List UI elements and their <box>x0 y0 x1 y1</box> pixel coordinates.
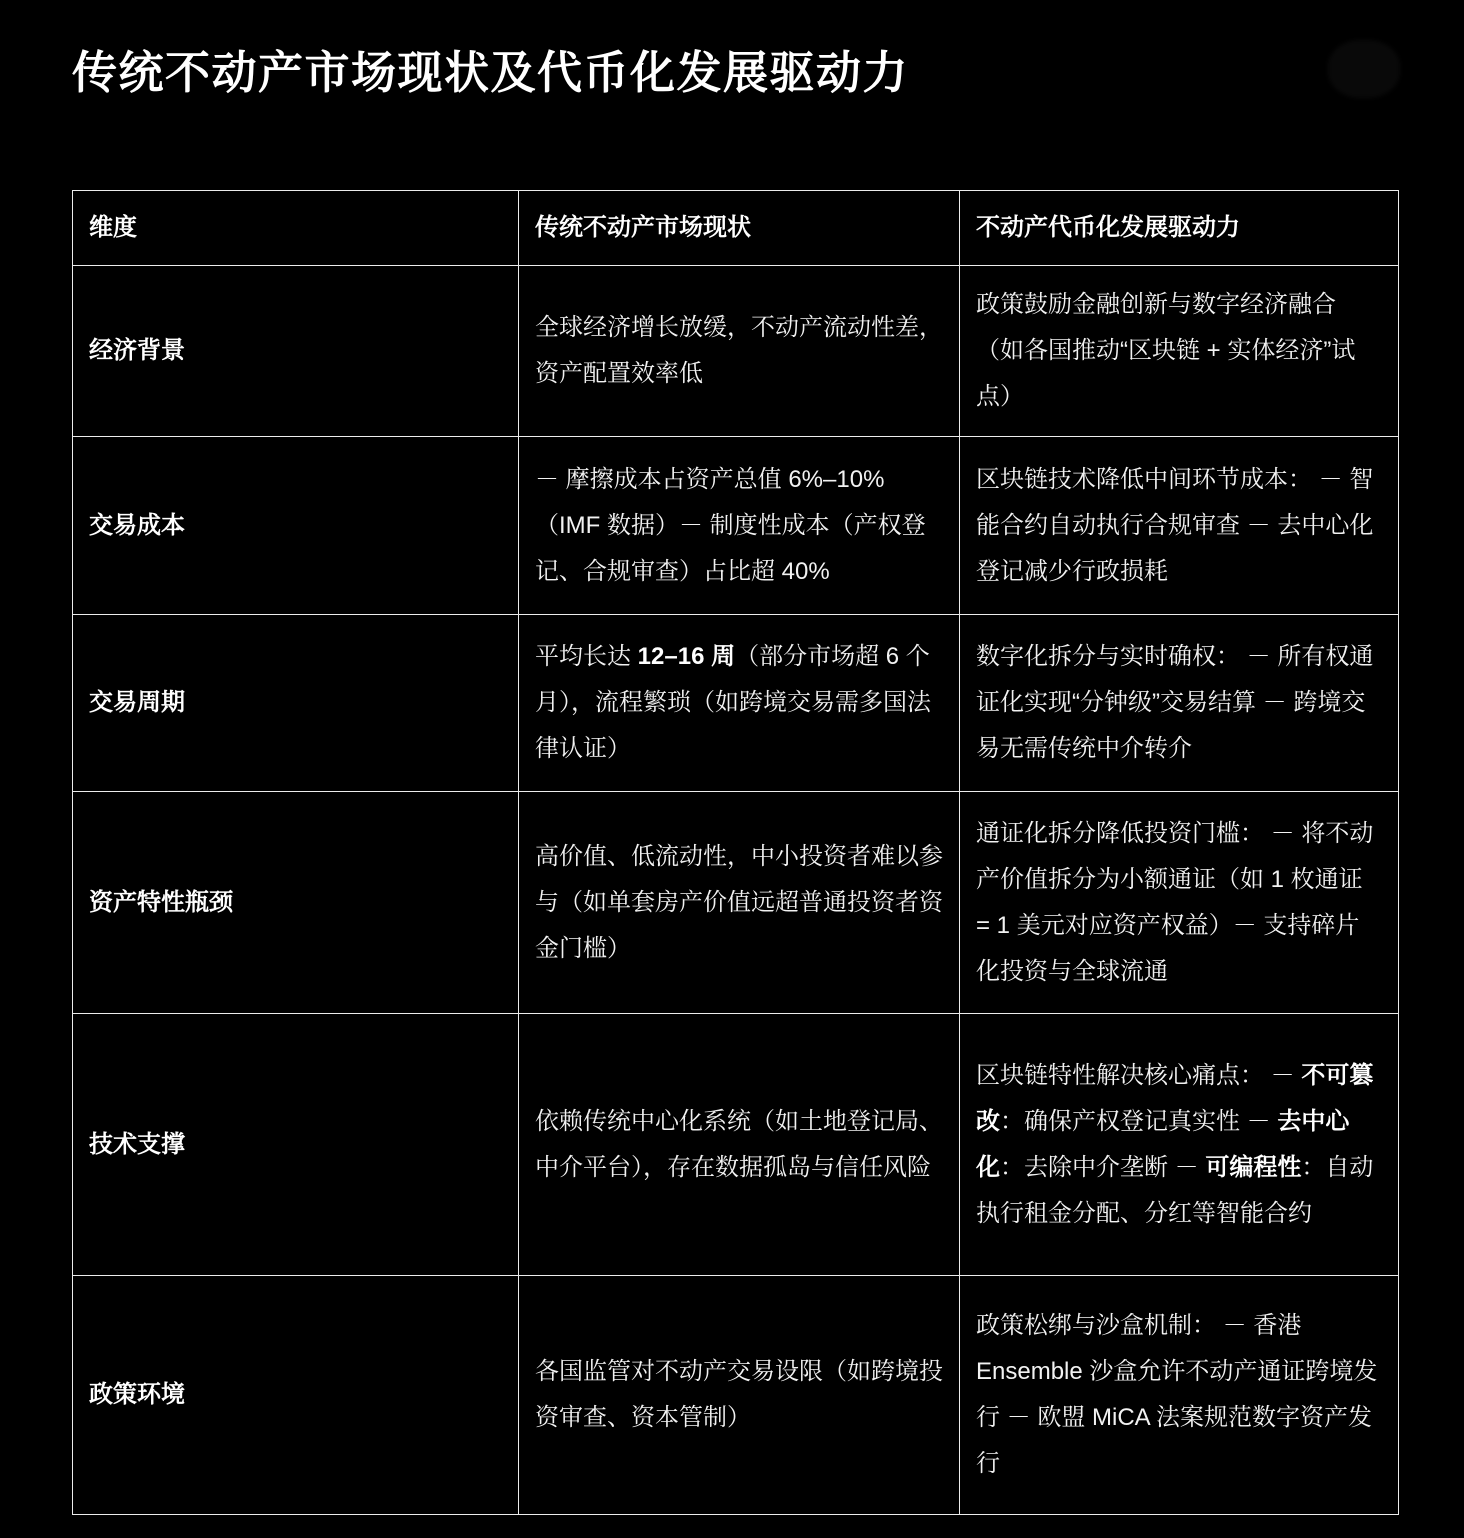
text-segment: 政策鼓励金融创新与数字经济融合（如各国推动“区块链 + 实体经济”试点） <box>976 291 1355 410</box>
page-title: 传统不动产市场现状及代币化发展驱动力 <box>72 46 909 100</box>
text-segment: ：确保产权登记真实性 － <box>1000 1108 1277 1135</box>
watermark-smudge <box>1328 40 1400 98</box>
tokenization-driver-cell: 通证化拆分降低投资门槛： － 将不动产价值拆分为小额通证（如 1 枚通证 = 1… <box>960 792 1399 1014</box>
header-row: 维度 传统不动产市场现状 不动产代币化发展驱动力 <box>73 191 1399 266</box>
tokenization-driver-cell: 区块链技术降低中间环节成本： － 智能合约自动执行合规审查 － 去中心化登记减少… <box>960 437 1399 615</box>
dimension-cell: 交易周期 <box>73 615 519 792</box>
bold-text-segment: 12–16 周 <box>638 643 735 670</box>
tokenization-driver-cell: 政策鼓励金融创新与数字经济融合（如各国推动“区块链 + 实体经济”试点） <box>960 266 1399 437</box>
header-cell-dimension: 维度 <box>73 191 519 266</box>
table-row: 政策环境各国监管对不动产交易设限（如跨境投资审查、资本管制）政策松绑与沙盒机制：… <box>73 1276 1399 1515</box>
traditional-status-cell: 各国监管对不动产交易设限（如跨境投资审查、资本管制） <box>519 1276 960 1515</box>
table-body: 经济背景全球经济增长放缓，不动产流动性差，资产配置效率低政策鼓励金融创新与数字经… <box>73 266 1399 1515</box>
dimension-cell: 资产特性瓶颈 <box>73 792 519 1014</box>
tokenization-driver-cell: 数字化拆分与实时确权： － 所有权通证化实现“分钟级”交易结算 － 跨境交易无需… <box>960 615 1399 792</box>
comparison-table: 维度 传统不动产市场现状 不动产代币化发展驱动力 经济背景全球经济增长放缓，不动… <box>72 190 1399 1515</box>
text-segment: 全球经济增长放缓，不动产流动性差，资产配置效率低 <box>535 314 943 387</box>
table-row: 技术支撑依赖传统中心化系统（如土地登记局、中介平台），存在数据孤岛与信任风险区块… <box>73 1014 1399 1276</box>
text-segment: 各国监管对不动产交易设限（如跨境投资审查、资本管制） <box>535 1358 943 1431</box>
text-segment: 平均长达 <box>535 643 638 670</box>
dimension-cell: 交易成本 <box>73 437 519 615</box>
table-header: 维度 传统不动产市场现状 不动产代币化发展驱动力 <box>73 191 1399 266</box>
text-segment: 依赖传统中心化系统（如土地登记局、中介平台），存在数据孤岛与信任风险 <box>535 1108 943 1181</box>
header-cell-driver: 不动产代币化发展驱动力 <box>960 191 1399 266</box>
traditional-status-cell: 平均长达 12–16 周（部分市场超 6 个月），流程繁琐（如跨境交易需多国法律… <box>519 615 960 792</box>
text-segment: 数字化拆分与实时确权： － 所有权通证化实现“分钟级”交易结算 － 跨境交易无需… <box>976 643 1373 762</box>
table-row: 交易周期平均长达 12–16 周（部分市场超 6 个月），流程繁琐（如跨境交易需… <box>73 615 1399 792</box>
text-segment: ：去除中介垄断 － <box>1000 1154 1205 1181</box>
table-row: 交易成本－ 摩擦成本占资产总值 6%–10%（IMF 数据）－ 制度性成本（产权… <box>73 437 1399 615</box>
tokenization-driver-cell: 政策松绑与沙盒机制： － 香港 Ensemble 沙盒允许不动产通证跨境发行 －… <box>960 1276 1399 1515</box>
table-row: 经济背景全球经济增长放缓，不动产流动性差，资产配置效率低政策鼓励金融创新与数字经… <box>73 266 1399 437</box>
dimension-cell: 经济背景 <box>73 266 519 437</box>
traditional-status-cell: 全球经济增长放缓，不动产流动性差，资产配置效率低 <box>519 266 960 437</box>
header-cell-traditional: 传统不动产市场现状 <box>519 191 960 266</box>
dimension-cell: 技术支撑 <box>73 1014 519 1276</box>
text-segment: 区块链特性解决核心痛点： － <box>976 1062 1301 1089</box>
table-row: 资产特性瓶颈高价值、低流动性，中小投资者难以参与（如单套房产价值远超普通投资者资… <box>73 792 1399 1014</box>
text-segment: 通证化拆分降低投资门槛： － 将不动产价值拆分为小额通证（如 1 枚通证 = 1… <box>976 820 1373 985</box>
tokenization-driver-cell: 区块链特性解决核心痛点： － 不可篡改：确保产权登记真实性 － 去中心化：去除中… <box>960 1014 1399 1276</box>
text-segment: 区块链技术降低中间环节成本： － 智能合约自动执行合规审查 － 去中心化登记减少… <box>976 466 1373 585</box>
text-segment: 政策松绑与沙盒机制： － 香港 Ensemble 沙盒允许不动产通证跨境发行 －… <box>976 1312 1377 1477</box>
traditional-status-cell: 高价值、低流动性，中小投资者难以参与（如单套房产价值远超普通投资者资金门槛） <box>519 792 960 1014</box>
traditional-status-cell: 依赖传统中心化系统（如土地登记局、中介平台），存在数据孤岛与信任风险 <box>519 1014 960 1276</box>
bold-text-segment: 可编程性 <box>1205 1154 1301 1181</box>
text-segment: 高价值、低流动性，中小投资者难以参与（如单套房产价值远超普通投资者资金门槛） <box>535 843 943 962</box>
traditional-status-cell: － 摩擦成本占资产总值 6%–10%（IMF 数据）－ 制度性成本（产权登记、合… <box>519 437 960 615</box>
text-segment: － 摩擦成本占资产总值 6%–10%（IMF 数据）－ 制度性成本（产权登记、合… <box>535 466 926 585</box>
dimension-cell: 政策环境 <box>73 1276 519 1515</box>
